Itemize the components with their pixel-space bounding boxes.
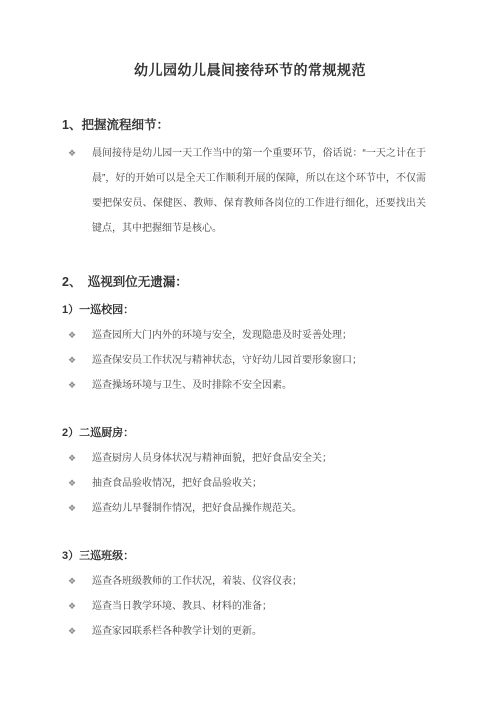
diamond-bullet-icon: ❖ — [68, 496, 92, 521]
subsection-kitchen: 2）二巡厨房： ❖ 巡查厨房人员身体状况与精神面貌，把好食品安全关； ❖ 抽查食… — [0, 427, 500, 521]
bullet-text: 巡查当日教学环境、教具、材料的准备； — [92, 594, 272, 619]
list-item: ❖ 巡查各班级教师的工作状况，着装、仪容仪表； — [68, 569, 462, 594]
bullet-text: 巡查幼儿早餐制作情况，把好食品操作规范关。 — [92, 496, 302, 521]
list-item: ❖ 抽查食品验收情况，把好食品验收关； — [68, 471, 462, 496]
list-item: ❖ 巡查厨房人员身体状况与精神面貌，把好食品安全关； — [68, 446, 462, 471]
subsection-heading: 1）一巡校园： — [62, 304, 462, 317]
bullet-text: 巡查各班级教师的工作状况，着装、仪容仪表； — [92, 569, 302, 594]
bullet-text: 巡查园所大门内外的环境与安全，发现隐患及时妥善处理； — [92, 323, 352, 348]
subsection-heading: 2）二巡厨房： — [62, 427, 462, 440]
list-item: ❖ 巡查当日教学环境、教具、材料的准备； — [68, 594, 462, 619]
diamond-bullet-icon: ❖ — [68, 323, 92, 348]
list-item: ❖ 巡查家园联系栏各种教学计划的更新。 — [68, 619, 462, 644]
subsection-campus: 1）一巡校园： ❖ 巡查园所大门内外的环境与安全，发现隐患及时妥善处理； ❖ 巡… — [0, 304, 500, 398]
section-1-paragraph: 晨间接待是幼儿园一天工作当中的第一个重要环节，俗话说：“一天之计在于晨”，好的开… — [92, 141, 426, 241]
bullet-text: 抽查食品验收情况，把好食品验收关； — [92, 471, 262, 496]
bullet-text: 巡查厨房人员身体状况与精神面貌，把好食品安全关； — [92, 446, 332, 471]
bullet-text: 巡查家园联系栏各种教学计划的更新。 — [92, 619, 262, 644]
diamond-bullet-icon: ❖ — [68, 569, 92, 594]
subsection-classes: 3）三巡班级： ❖ 巡查各班级教师的工作状况，着装、仪容仪表； ❖ 巡查当日教学… — [0, 550, 500, 644]
list-item: ❖ 巡查园所大门内外的环境与安全，发现隐患及时妥善处理； — [68, 323, 462, 348]
diamond-bullet-icon: ❖ — [68, 471, 92, 496]
diamond-bullet-icon: ❖ — [68, 619, 92, 644]
list-item: ❖ 巡查幼儿早餐制作情况，把好食品操作规范关。 — [68, 496, 462, 521]
bullet-text: 巡查保安员工作状况与精神状态，守好幼儿园首要形象窗口； — [92, 348, 362, 373]
diamond-bullet-icon: ❖ — [68, 446, 92, 471]
diamond-bullet-icon: ❖ — [68, 348, 92, 373]
diamond-bullet-icon: ❖ — [68, 594, 92, 619]
bullet-text: 巡查操场环境与卫生、及时排除不安全因素。 — [92, 373, 292, 398]
section-2-heading: 2、 巡视到位无遗漏： — [62, 275, 462, 289]
list-item: ❖ 巡查操场环境与卫生、及时排除不安全因素。 — [68, 373, 462, 398]
diamond-bullet-icon: ❖ — [68, 141, 92, 166]
document-page: 幼儿园幼儿晨间接待环节的常规规范 1、把握流程细节： ❖ 晨间接待是幼儿园一天工… — [0, 0, 500, 707]
page-title: 幼儿园幼儿晨间接待环节的常规规范 — [0, 0, 500, 80]
section-1-heading: 1、把握流程细节： — [62, 118, 462, 132]
diamond-bullet-icon: ❖ — [68, 373, 92, 398]
list-item: ❖ 晨间接待是幼儿园一天工作当中的第一个重要环节，俗话说：“一天之计在于晨”，好… — [68, 141, 462, 241]
list-item: ❖ 巡查保安员工作状况与精神状态，守好幼儿园首要形象窗口； — [68, 348, 462, 373]
subsection-heading: 3）三巡班级： — [62, 550, 462, 563]
